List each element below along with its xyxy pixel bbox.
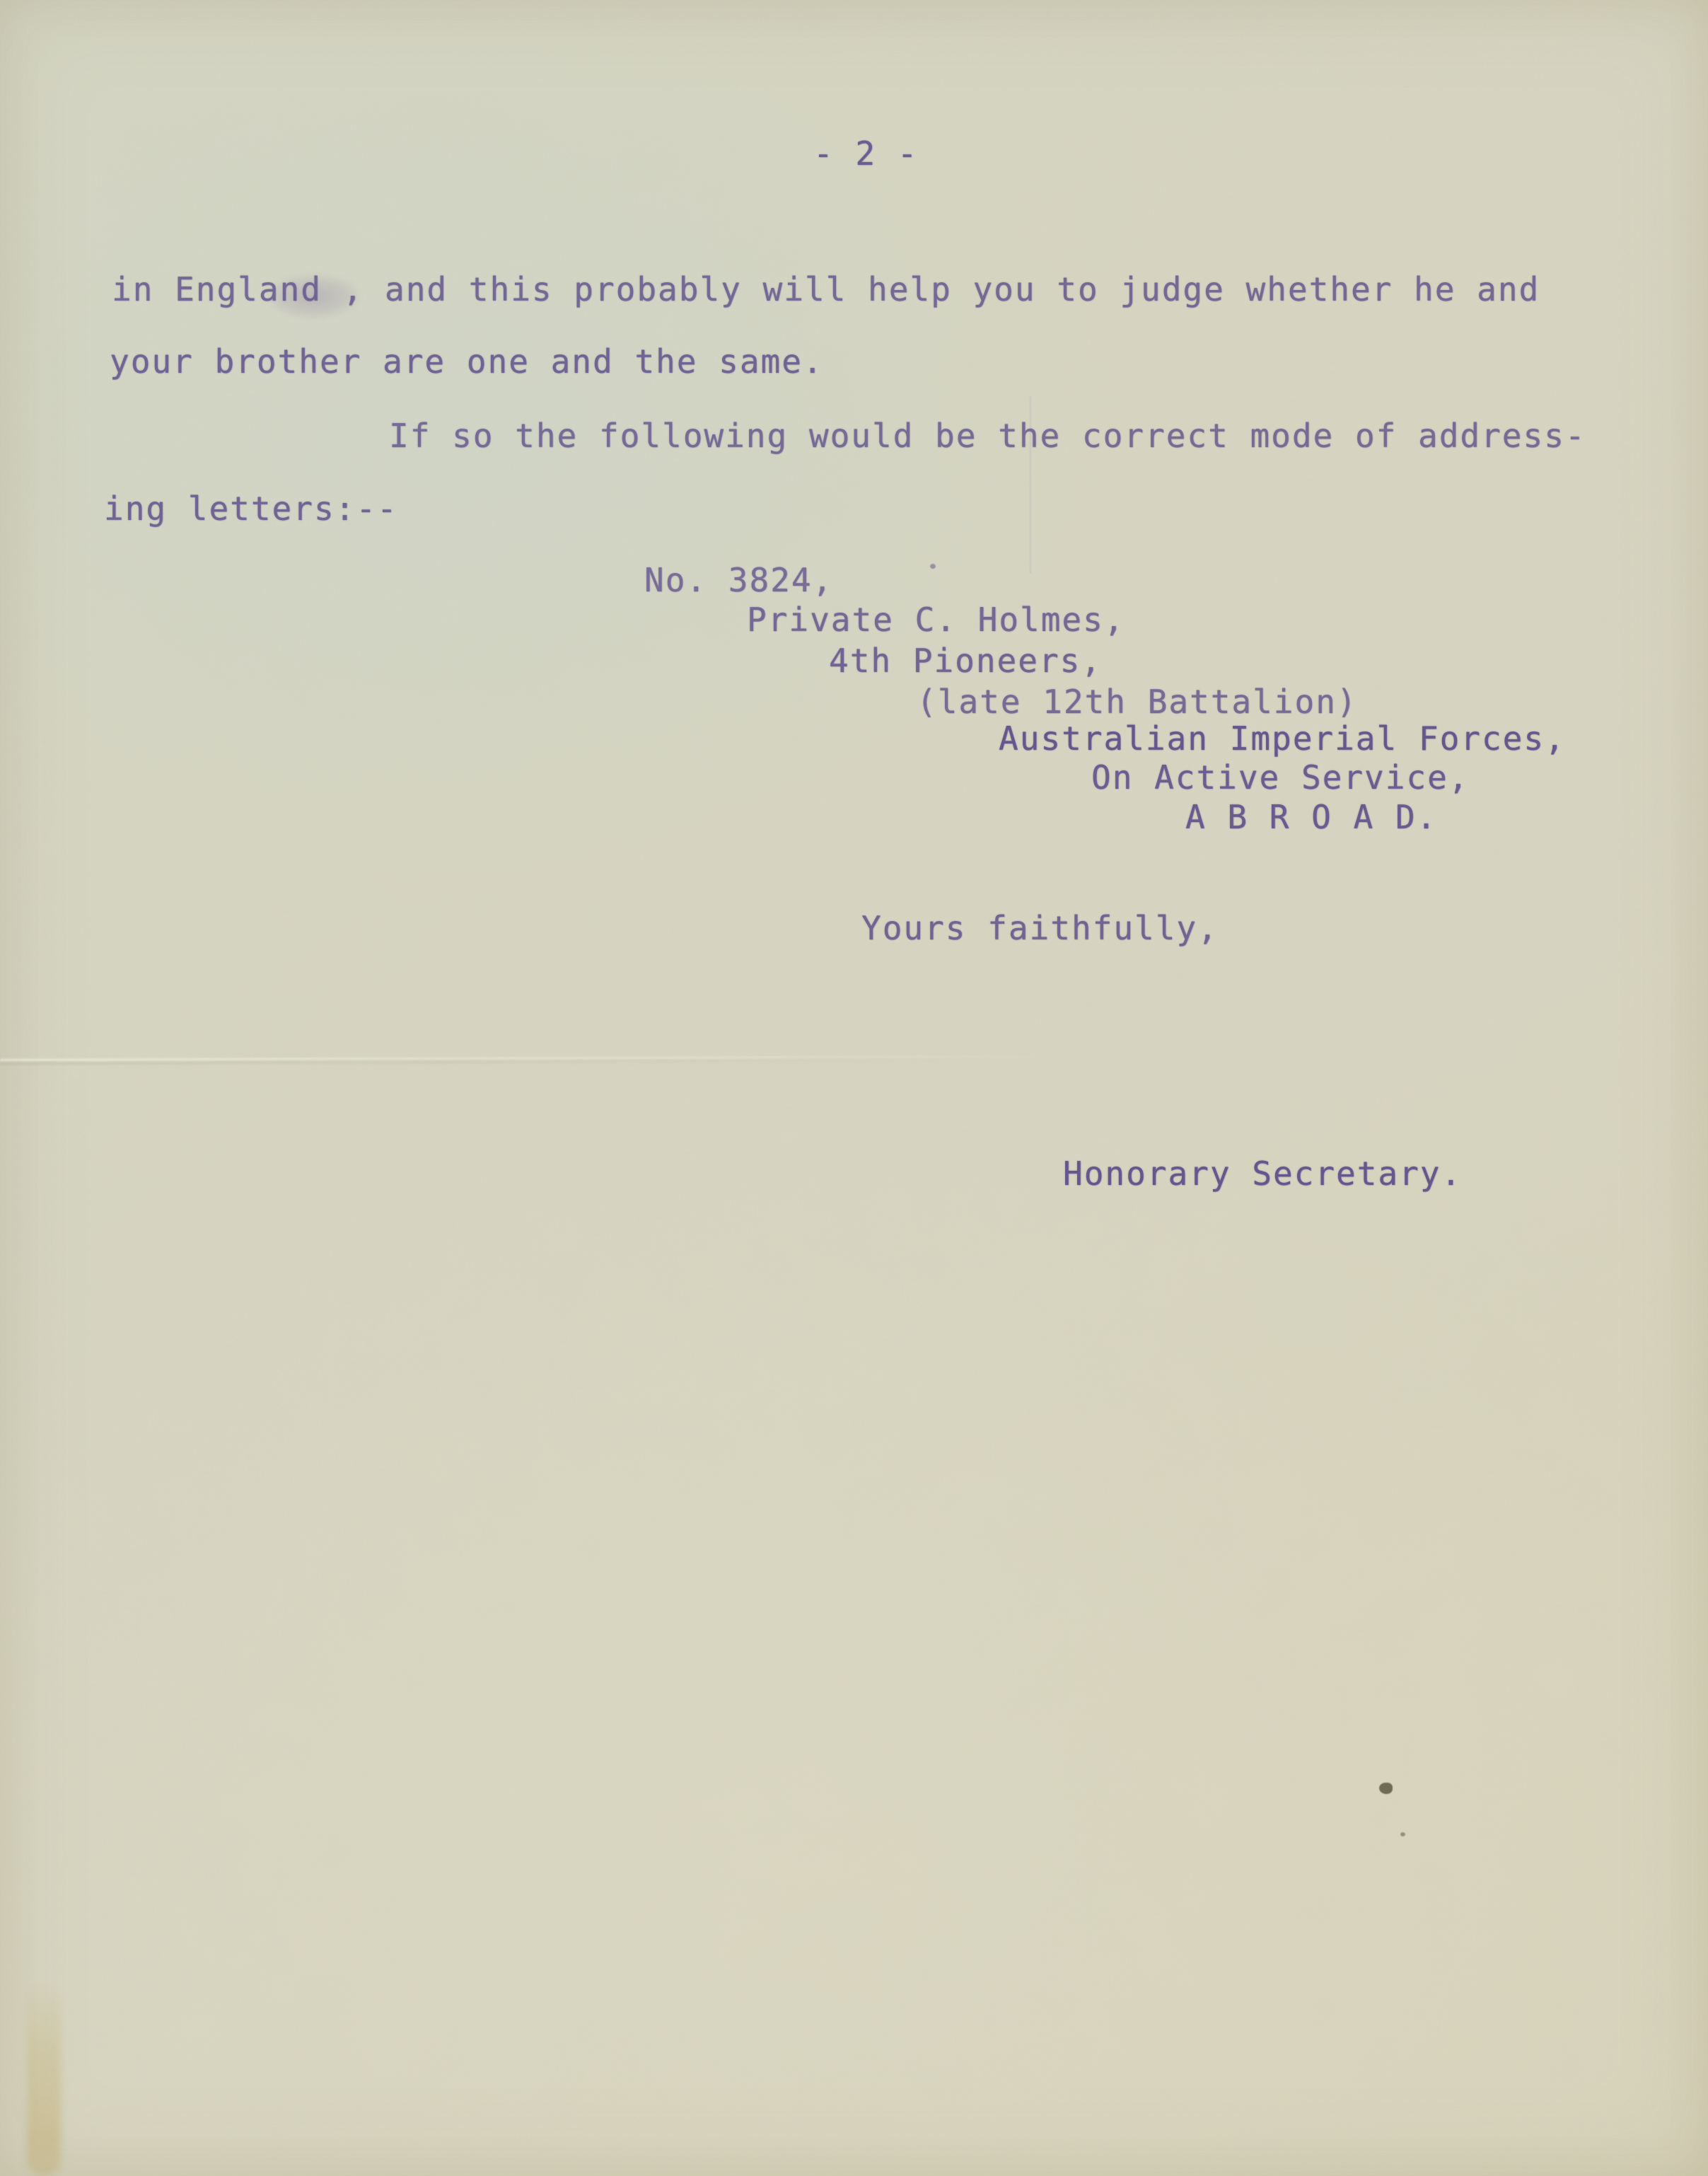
address-line-unit: 4th Pioneers, xyxy=(829,644,1102,677)
letter-scan-page: - 2 - in England , and this probably wil… xyxy=(0,0,1708,2176)
fold-crease-shadow xyxy=(0,1058,1061,1065)
body-paragraph2-line2: ing letters:-- xyxy=(104,492,398,525)
page-number: - 2 - xyxy=(813,137,918,170)
body-paragraph1-line2: your brother are one and the same. xyxy=(110,345,824,378)
body-paragraph2-line1: If so the following would be the correct… xyxy=(389,419,1586,452)
address-line-name: Private C. Holmes, xyxy=(747,603,1125,636)
address-line-former-unit: (late 12th Battalion) xyxy=(917,685,1358,718)
stray-ink-dot xyxy=(930,564,936,569)
signature-title: Honorary Secretary. xyxy=(1063,1157,1462,1190)
address-line-force: Australian Imperial Forces, xyxy=(999,722,1566,755)
address-line-abroad: A B R O A D. xyxy=(1185,801,1437,833)
paper-stain-streak xyxy=(27,1981,61,2176)
paper-speck-small xyxy=(1400,1832,1405,1836)
paper-texture xyxy=(0,0,1708,2176)
fold-crease xyxy=(0,1055,1202,1061)
address-line-service-status: On Active Service, xyxy=(1091,761,1470,794)
valediction: Yours faithfully, xyxy=(861,912,1219,944)
body-paragraph1-line1: in England , and this probably will help… xyxy=(112,273,1540,306)
address-line-service-number: No. 3824, xyxy=(644,564,833,596)
paper-speck xyxy=(1379,1783,1393,1794)
